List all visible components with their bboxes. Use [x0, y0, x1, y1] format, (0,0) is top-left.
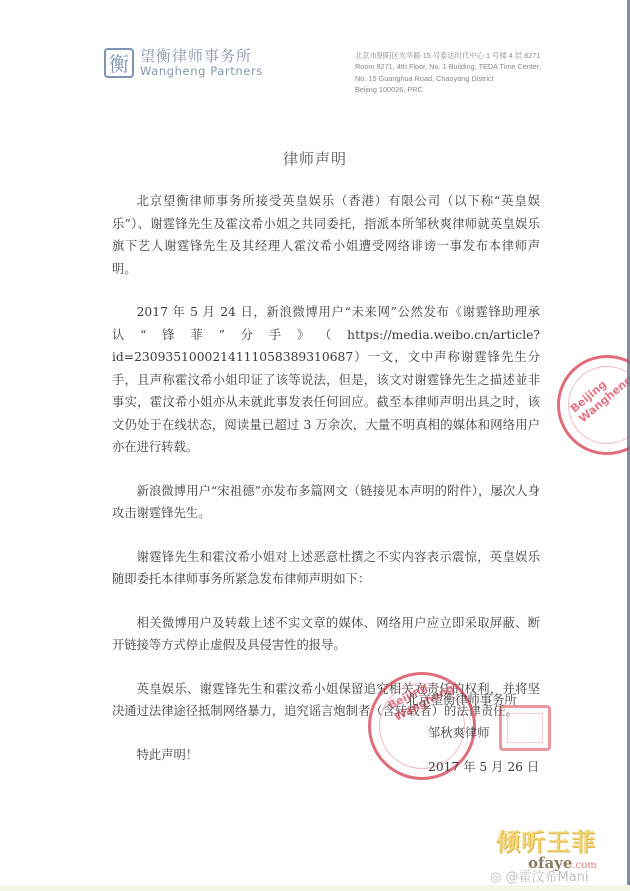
weibo-handle: @霍汶希Mani	[505, 870, 588, 885]
paragraph: 北京望衡律师事务所接受英皇娱乐（香港）有限公司（以下称“英皇娱乐”）、谢霆锋先生…	[112, 190, 540, 280]
firm-name-cn: 望衡律师事务所	[140, 48, 263, 65]
signature-date: 2017 年 5 月 26 日	[428, 757, 539, 775]
firm-logo: 衡 望衡律师事务所 Wangheng Partners	[104, 48, 263, 78]
watermark-site-name: 倾听王菲	[496, 822, 596, 857]
firm-seal-logo-icon: 衡	[104, 48, 134, 78]
firm-name-en: Wangheng Partners	[140, 65, 263, 78]
address-line: No. 15 Guanghua Road, Chaoyang District	[355, 73, 541, 84]
scan-bottom-strip	[0, 885, 630, 891]
scanned-document-page: 衡 望衡律师事务所 Wangheng Partners 北京市朝阳区光华路 15…	[0, 0, 630, 891]
address-line: 北京市朝阳区光华路 15 号泰达时代中心 1 号楼 4 层 8271	[355, 50, 541, 61]
firm-address: 北京市朝阳区光华路 15 号泰达时代中心 1 号楼 4 层 8271 Room …	[355, 50, 541, 95]
paragraph: 相关微博用户及转载上述不实文章的媒体、网络用户应立即采取屏蔽、断开链接等方式停止…	[112, 612, 540, 657]
signature-firm: 北京望衡律师事务所	[406, 690, 517, 708]
paragraph: 谢霆锋先生和霍汶希小姐对上述恶意杜撰之不实内容表示震惊，英皇娱乐随即委托本律师事…	[112, 546, 540, 591]
paragraph: 2017 年 5 月 24 日，新浪微博用户“未来网”公然发布《谢霆锋助理承认“…	[112, 301, 540, 459]
lawyer-personal-seal-stamp	[499, 705, 551, 751]
address-line: Room 8271, 4th Floor, No. 1 Building, TE…	[355, 61, 541, 72]
weibo-handle-watermark: ◎ @霍汶希Mani	[490, 866, 589, 885]
paragraph: 新浪微博用户“宋祖德”亦发布多篇网文（链接见本声明的附件），屡次人身攻击谢霆锋先…	[112, 480, 540, 525]
signature-lawyer: 邹秋爽律师	[428, 723, 490, 741]
partial-firm-seal-stamp: Beijing Wangheng	[557, 355, 630, 455]
document-title: 律师声明	[0, 148, 630, 169]
weibo-logo-icon: ◎	[490, 870, 505, 885]
site-watermark: 倾听王菲 ofaye.com ◎ @霍汶希Mani	[490, 822, 630, 886]
address-line: Beijing 100026, PRC	[355, 84, 541, 95]
